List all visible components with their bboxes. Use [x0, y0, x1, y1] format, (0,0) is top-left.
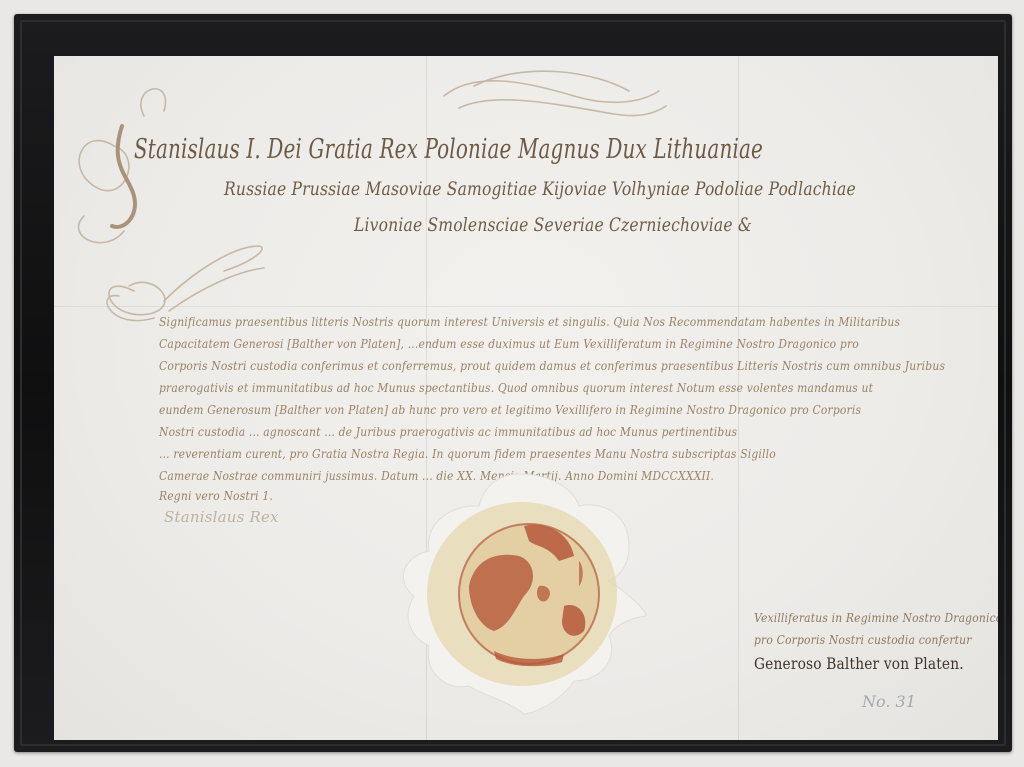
heading-line-3: Livoniae Smolensciae Severiae Czerniecho…	[354, 214, 752, 236]
parchment-document: Stanislaus I. Dei Gratia Rex Poloniae Ma…	[54, 56, 998, 740]
body-line: eundem Generosum [Balther von Platen] ab…	[159, 402, 861, 417]
regnal-year: Regni vero Nostri 1.	[159, 488, 273, 503]
body-line: Capacitatem Generosi [Balther von Platen…	[159, 336, 859, 351]
bottom-note-line-1: Vexilliferatus in Regimine Nostro Dragon…	[754, 610, 998, 625]
body-line: ... reverentiam curent, pro Gratia Nostr…	[159, 446, 776, 461]
body-line: Significamus praesentibus litteris Nostr…	[159, 314, 900, 329]
royal-signature: Stanislaus Rex	[164, 508, 279, 526]
picture-frame: Stanislaus I. Dei Gratia Rex Poloniae Ma…	[14, 14, 1012, 752]
bottom-note-name: Generoso Balther von Platen.	[754, 654, 964, 673]
seal-icon	[384, 466, 654, 716]
body-line: Nostri custodia ... agnoscant ... de Jur…	[159, 424, 737, 439]
heading-line-2: Russiae Prussiae Masoviae Samogitiae Kij…	[224, 178, 856, 200]
bottom-note-line-2: pro Corporis Nostri custodia confertur	[754, 632, 972, 647]
heading-line-1: Stanislaus I. Dei Gratia Rex Poloniae Ma…	[134, 134, 763, 165]
body-line: praerogativis et immunitatibus ad hoc Mu…	[159, 380, 873, 395]
pencil-annotation: No. 31	[862, 692, 916, 711]
wax-seal	[384, 466, 654, 716]
body-line: Corporis Nostri custodia conferimus et c…	[159, 358, 945, 373]
